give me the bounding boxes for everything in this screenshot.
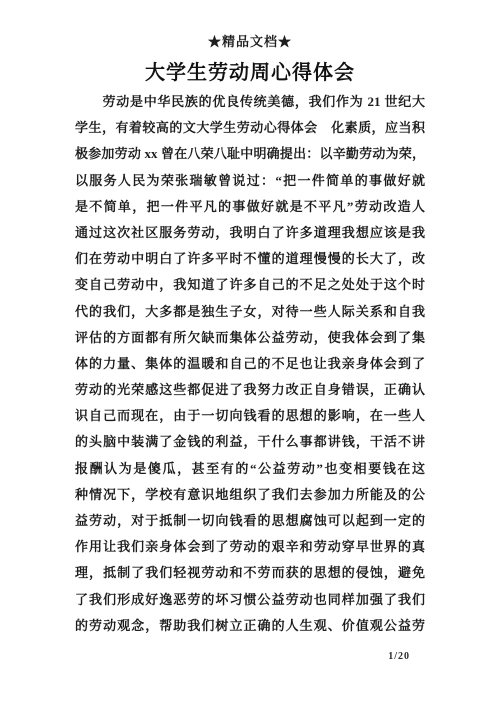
document-page: ★精品文档★ 大学生劳动周心得体会 劳动是中华民族的优良传统美德，我们作为 21… bbox=[0, 0, 500, 707]
body-line: 报酬认为是傻瓜，甚至有的“公益劳动”也变相要钱在这 bbox=[75, 456, 425, 482]
document-body: 劳动是中华民族的优良传统美德，我们作为 21 世纪大学生，有着较高的文大学生劳动… bbox=[75, 89, 425, 639]
doc-header-label: ★精品文档★ bbox=[0, 31, 500, 50]
body-line: 通过这次社区服务劳动，我明白了许多道理我想应该是我 bbox=[75, 220, 425, 246]
body-line: 极参加劳动 xx 曾在八荣八耻中明确提出：以辛勤劳动为荣， bbox=[75, 141, 425, 167]
body-line: 作用让我们亲身体会到了劳动的艰辛和劳动穿早世界的真 bbox=[75, 534, 425, 560]
page-number: 1/20 bbox=[388, 651, 410, 662]
body-line: 学生，有着较高的文大学生劳动心得体会 化素质，应当积 bbox=[75, 115, 425, 141]
body-line: 代的我们，大多都是独生子女，对待一些人际关系和自我 bbox=[75, 299, 425, 325]
body-line: 劳动是中华民族的优良传统美德，我们作为 21 世纪大 bbox=[75, 89, 425, 115]
page-title: 大学生劳动周心得体会 bbox=[0, 56, 500, 85]
body-line: 的头脑中装满了金钱的利益，干什么事都讲钱，干活不讲 bbox=[75, 429, 425, 455]
body-line: 们在劳动中明白了许多平时不懂的道理慢慢的长大了，改 bbox=[75, 246, 425, 272]
body-line: 以服务人民为荣张瑞敏曾说过：“把一件简单的事做好就 bbox=[75, 168, 425, 194]
body-line: 劳动的光荣感这些都促进了我努力改正自身错误，正确认 bbox=[75, 377, 425, 403]
body-line: 体的力量、集体的温暖和自己的不足也让我亲身体会到了 bbox=[75, 351, 425, 377]
body-line: 评估的方面都有所欠缺而集体公益劳动，使我体会到了集 bbox=[75, 325, 425, 351]
body-line: 变自己劳动中，我知道了许多自己的不足之处处于这个时 bbox=[75, 272, 425, 298]
body-line: 理，抵制了我们轻视劳动和不劳而获的思想的侵蚀，避免 bbox=[75, 560, 425, 586]
body-line: 种情况下，学校有意识地组织了我们去参加力所能及的公 bbox=[75, 482, 425, 508]
body-line: 了我们形成好逸恶劳的坏习惯公益劳动也同样加强了我们 bbox=[75, 587, 425, 613]
body-line: 识自己而现在，由于一切向钱看的思想的影响，在一些人 bbox=[75, 403, 425, 429]
body-line: 的劳动观念，帮助我们树立正确的人生观、价值观公益劳 bbox=[75, 613, 425, 639]
body-line: 是不简单，把一件平凡的事做好就是不平凡”劳动改造人 bbox=[75, 194, 425, 220]
body-line: 益劳动，对于抵制一切向钱看的思想腐蚀可以起到一定的 bbox=[75, 508, 425, 534]
